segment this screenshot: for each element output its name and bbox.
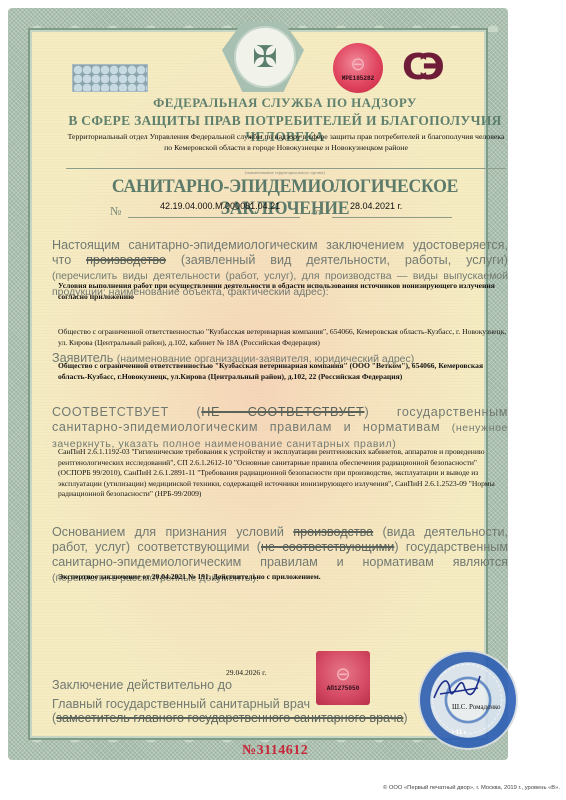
compliance-statement: СООТВЕТСТВУЕТ (НЕ СООТВЕТСТВУЕТ) государ… xyxy=(52,405,508,452)
activity-rest: (заявленный вид деятельности, работы, ус… xyxy=(181,253,508,267)
se-logo-icon: СЭ xyxy=(402,48,450,88)
document-number: 42.19.04.000.М.000081.04.21 xyxy=(160,201,280,211)
hologram-sticker-top: ⊖ МРЕ185282 xyxy=(333,43,383,93)
double-headed-eagle-emblem-icon: ✠ xyxy=(234,26,296,88)
date-label: от xyxy=(312,206,322,218)
signatory-deputy: (заместитель главного государственного с… xyxy=(52,711,408,725)
territorial-body-caption: (наименование территориального органа) xyxy=(40,170,530,175)
signature-icon xyxy=(430,668,490,708)
basis-value: Экспертное заключение от 20.04.2021 № 19… xyxy=(58,572,508,583)
security-hologram-strip xyxy=(72,64,148,92)
number-label: № xyxy=(110,204,121,219)
form-serial-number: №3114612 xyxy=(242,743,308,759)
basis-struck-1: производства xyxy=(293,525,373,539)
object-address: Общество с ограниченной ответственностью… xyxy=(58,327,508,348)
compliance-lead: СООТВЕТСТВУЕТ ( xyxy=(52,405,201,419)
activity-value: Условия выполнения работ при осуществлен… xyxy=(58,281,508,302)
agency-name-line1: ФЕДЕРАЛЬНАЯ СЛУЖБА ПО НАДЗОРУ xyxy=(40,95,530,111)
hologram-serial-top: МРЕ185282 xyxy=(342,75,374,82)
territorial-body: Территориальный отдел Управления Федерал… xyxy=(56,131,516,153)
hologram-emblem-icon: ⊖ xyxy=(350,55,365,73)
basis-lead: Основанием для признания условий xyxy=(52,525,284,539)
printer-footer: © ООО «Первый печатный двор», г. Москва,… xyxy=(383,785,560,791)
hologram-serial-bottom: АП1275050 xyxy=(327,685,359,692)
territorial-body-line2: по Кемеровской области в городе Новокузн… xyxy=(56,142,516,153)
applicant-value: Общество с ограниченной ответственностью… xyxy=(58,361,508,382)
activity-struck: производство xyxy=(86,253,166,267)
compliance-struck: НЕ СООТВЕТСТВУЕТ xyxy=(201,405,364,419)
stamp-number: • 11 • xyxy=(452,730,466,736)
deputy-struck: заместитель главного государственного са… xyxy=(56,711,403,725)
document-number-row: № 42.19.04.000.М.000081.04.21 от 28.04.2… xyxy=(110,201,470,219)
valid-until-label: Заключение действительно до xyxy=(52,678,232,692)
document-date: 28.04.2021 г. xyxy=(350,201,402,211)
hologram-sticker-bottom: ⊖ АП1275050 xyxy=(316,651,370,705)
divider xyxy=(66,168,506,169)
valid-until-date: 29.04.2026 г. xyxy=(226,668,266,677)
territorial-body-line1: Территориальный отдел Управления Федерал… xyxy=(56,131,516,142)
date-underline xyxy=(332,217,452,218)
hologram-emblem-icon: ⊖ xyxy=(335,665,350,683)
signatory-position: Главный государственный санитарный врач xyxy=(52,697,310,711)
number-underline xyxy=(128,217,300,218)
signatory-name: Ш.С. Ромаденко xyxy=(452,703,501,711)
deputy-suffix: ) xyxy=(403,711,407,725)
sanitary-rules-list: СанПиН 2.6.1.1192-03 "Гигиенические треб… xyxy=(58,447,508,500)
basis-struck-2: не соответствующими xyxy=(261,540,394,554)
